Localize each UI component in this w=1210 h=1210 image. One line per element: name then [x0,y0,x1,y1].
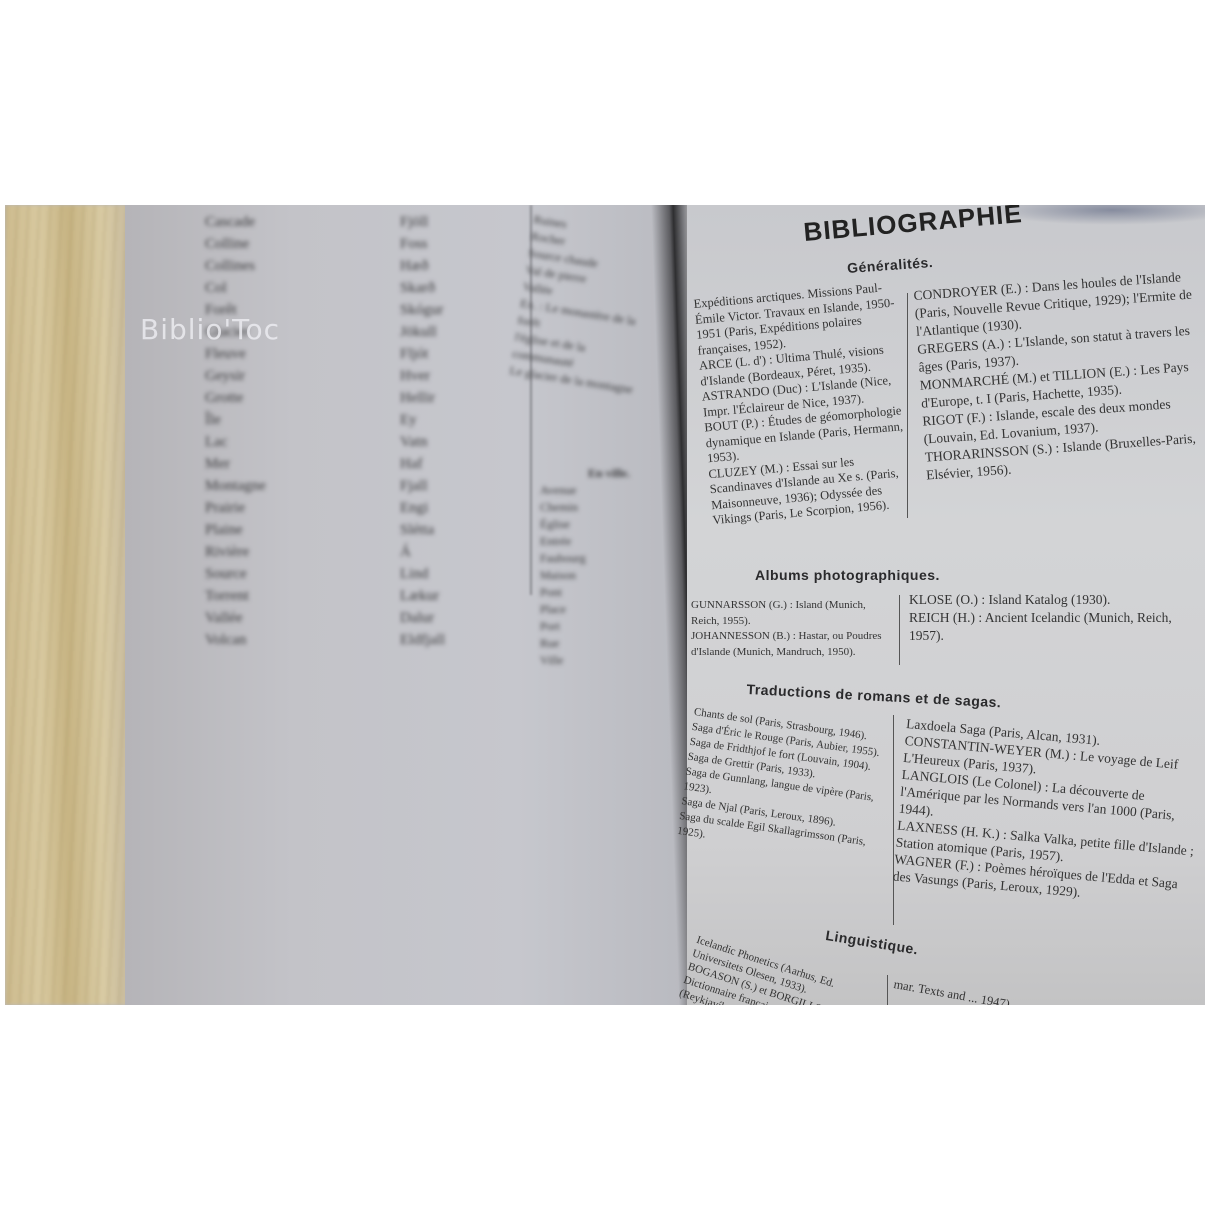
glossary-translation: Ey [400,409,540,431]
glossary-translation: Eldfjall [400,629,540,651]
glossary-term: Cascade [205,211,355,233]
watermark-logo: Biblio'Toc [140,313,280,346]
glossary-term: Église [540,516,660,533]
glossary-term: Fleuve [205,343,355,365]
glossary-term: Pont [540,584,660,601]
glossary-term: Colline [205,233,355,255]
glossary-term: Ville [540,652,660,669]
bibliography-entry: KLOSE (O.) : Island Katalog (1930). [909,591,1205,609]
column-divider [887,975,888,1005]
glossary-term: Avenue [540,482,660,499]
glossary-translation: Hellir [400,387,540,409]
glossary-term: Île [205,409,355,431]
section-heading: Traductions de romans et de sagas. [746,681,1002,710]
glossary-term: Entrée [540,533,660,550]
glossary-term: Volcan [205,629,355,651]
page-edges [5,205,145,1005]
glossary-term: Col [205,277,355,299]
section-heading: Généralités. [847,254,934,276]
glossary-translation: Engi [400,497,540,519]
glossary-term: Collines [205,255,355,277]
glossary-term: Plaine [205,519,355,541]
page-title: BIBLIOGRAPHIE [802,205,1023,248]
left-page-column-3: RuinesRocherSource chaudeVal de pierreVa… [508,211,663,399]
bibliography-entry: REICH (H.) : Ancient Icelandic (Munich, … [909,609,1205,645]
glossary-term: Port [540,618,660,635]
section-0-right-column: CONDROYER (E.) : Dans les houles de l'Is… [913,266,1205,484]
section-3-right-column: mar. Texts and ... 1947). [892,977,1190,1005]
bibliography-entry: mar. Texts and ... 1947). [892,977,1190,1005]
left-page-column-4: En ville. AvenueCheminÉgliseEntréeFaubou… [540,465,660,669]
right-page: BIBLIOGRAPHIE Généralités. Expéditions a… [687,205,1205,1005]
glossary-translation: Lækur [400,585,540,607]
glossary-translation: Haf [400,453,540,475]
glossary-translation: Vatn [400,431,540,453]
section-heading: Albums photographiques. [755,567,940,583]
left-page-subheading: En ville. [540,465,660,482]
section-heading: Linguistique. [824,927,919,957]
glossary-term: Faubourg [540,550,660,567]
glossary-translation: Lind [400,563,540,585]
glossary-term: Prairie [205,497,355,519]
section-2-left-column: Chants de sol (Paris, Strasbourg, 1946).… [676,705,888,866]
section-1-right-column: KLOSE (O.) : Island Katalog (1930).REICH… [909,591,1205,645]
section-0-left-column: Expéditions arctiques. Missions Paul-Émi… [693,279,917,528]
column-divider [907,293,908,518]
glossary-translation: Hæð [400,255,540,277]
glossary-term: Grotte [205,387,355,409]
left-page-column-1: CascadeCollineCollinesColForêtGlacierFle… [205,211,355,651]
glossary-translation: Slétta [400,519,540,541]
glossary-term: Lac [205,431,355,453]
glossary-translation: Foss [400,233,540,255]
glossary-term: Montagne [205,475,355,497]
glossary-term: Place [540,601,660,618]
glossary-term: Vallée [205,607,355,629]
glossary-term: Rue [540,635,660,652]
glossary-term: Chemin [540,499,660,516]
glossary-term: Torrent [205,585,355,607]
glossary-translation: Skarð [400,277,540,299]
glossary-translation: Dalur [400,607,540,629]
section-2-right-column: Laxdoela Saga (Paris, Alcan, 1931).CONST… [892,715,1205,910]
glossary-translation: Fjall [400,475,540,497]
column-divider [893,715,894,925]
glossary-term: Mer [205,453,355,475]
column-divider [899,595,900,665]
glossary-translation: Á [400,541,540,563]
glossary-translation: Fjöll [400,211,540,233]
glossary-term: Source [205,563,355,585]
bibliography-entry: GUNNARSSON (G.) : Island (Munich, Reich,… [691,598,896,629]
bibliography-entry: JOHANNESSON (B.) : Hastar, ou Poudres d'… [691,629,896,660]
section-1-left-column: GUNNARSSON (G.) : Island (Munich, Reich,… [691,598,896,660]
glossary-term: Geysir [205,365,355,387]
glossary-term: Maison [540,567,660,584]
left-page-column-2: FjöllFossHæðSkarðSkógurJökullFljótHverHe… [400,211,540,651]
glossary-term: Rivière [205,541,355,563]
